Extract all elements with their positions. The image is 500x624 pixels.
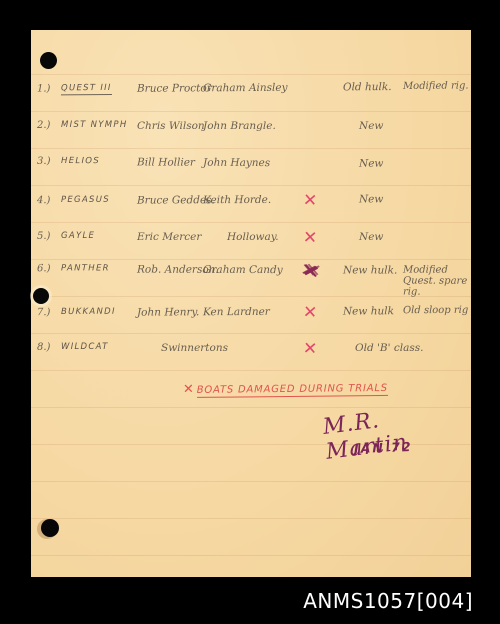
boat-entry-row: 1.) QUEST III Bruce Proctor Graham Ainsl… [31, 80, 471, 113]
entry-number: 6.) [37, 263, 50, 274]
entry-number: 4.) [37, 195, 51, 206]
damage-x-mark: ✕ [302, 228, 318, 249]
boat-name: BUKKANDI [61, 307, 116, 317]
entry-number: 7.) [37, 307, 51, 318]
boat-name: QUEST III [61, 83, 112, 95]
damage-x-mark: ✕ [302, 190, 318, 211]
crew-name: Ken Lardner [203, 306, 270, 318]
hull-status: New [359, 120, 383, 132]
damage-x-mark: ✕ [302, 339, 318, 360]
scanned-document: 1.) QUEST III Bruce Proctor Graham Ainsl… [31, 30, 471, 577]
catalog-number: ANMS1057[004] [303, 589, 473, 613]
crew-name: Graham Candy [203, 264, 283, 276]
skipper-name: John Henry. [137, 306, 199, 318]
damage-x-scribble: ✕ [300, 260, 321, 283]
entry-number: 1.) [37, 83, 51, 94]
rig-status: Old sloop rig [403, 305, 479, 316]
crew-name: John Brangle. [203, 120, 276, 132]
crew-name: John Haynes [203, 157, 270, 169]
boat-entry-row: 7.) BUKKANDI John Henry. Ken Lardner ✕ N… [31, 305, 471, 337]
entry-number: 3.) [37, 156, 51, 167]
entry-number: 5.) [37, 231, 50, 242]
x-mark-icon: ✕ [183, 382, 195, 397]
crew-name: Holloway. [227, 231, 279, 243]
hull-status: New [359, 193, 383, 205]
boat-entry-row: 6.) PANTHER Rob. Anderson. Graham Candy … [31, 263, 471, 295]
hole-punch-top [40, 52, 57, 69]
rig-status: Modified Quest. spare rig. [403, 265, 479, 298]
crew-name: Keith Horde. [203, 194, 271, 206]
hole-punch-bottom [41, 519, 59, 537]
hull-status: Old 'B' class. [355, 342, 423, 354]
rig-status: Modified rig. [403, 80, 479, 92]
skipper-name: Swinnertons [161, 342, 228, 354]
boat-name: WILDCAT [61, 342, 109, 352]
entry-number: 2.) [37, 120, 50, 131]
boat-entry-row: 2.) MIST NYMPH Chris Wilson John Brangle… [31, 120, 471, 150]
skipper-name: Bruce Proctor [137, 82, 212, 95]
hull-status: New hulk [343, 305, 394, 317]
skipper-name: Chris Wilson [137, 120, 205, 132]
boat-entry-row: 3.) HELIOS Bill Hollier John Haynes New [31, 156, 471, 188]
signature: M.R. Martin [322, 397, 474, 465]
damage-note-text: BOATS DAMAGED DURING TRIALS [197, 383, 388, 398]
damage-x-mark: ✕ [302, 302, 318, 323]
crew-name: Graham Ainsley [203, 82, 288, 95]
signature-date: JAN 72 [354, 439, 413, 456]
skipper-name: Bill Hollier [137, 156, 195, 168]
hull-status: New [359, 231, 383, 243]
boat-entry-row: 4.) PEGASUS Bruce Geddes. Keith Horde. ✕… [31, 193, 471, 225]
scan-background: 1.) QUEST III Bruce Proctor Graham Ainsl… [0, 0, 500, 624]
boat-entry-row: 8.) WILDCAT Swinnertons ✕ Old 'B' class. [31, 342, 471, 372]
boat-name: GAYLE [61, 231, 95, 241]
hull-status: New hulk. [343, 264, 397, 276]
damage-note: ✕BOATS DAMAGED DURING TRIALS [183, 380, 388, 397]
entry-number: 8.) [37, 342, 50, 353]
boat-name: PEGASUS [61, 195, 110, 205]
boat-name: MIST NYMPH [61, 120, 128, 130]
boat-name: HELIOS [61, 156, 100, 166]
boat-name: PANTHER [61, 263, 110, 273]
skipper-name: Eric Mercer [137, 231, 201, 243]
hull-status: Old hulk. [343, 81, 392, 93]
boat-entry-row: 5.) GAYLE Eric Mercer Holloway. ✕ New [31, 231, 471, 261]
hull-status: New [359, 158, 383, 170]
